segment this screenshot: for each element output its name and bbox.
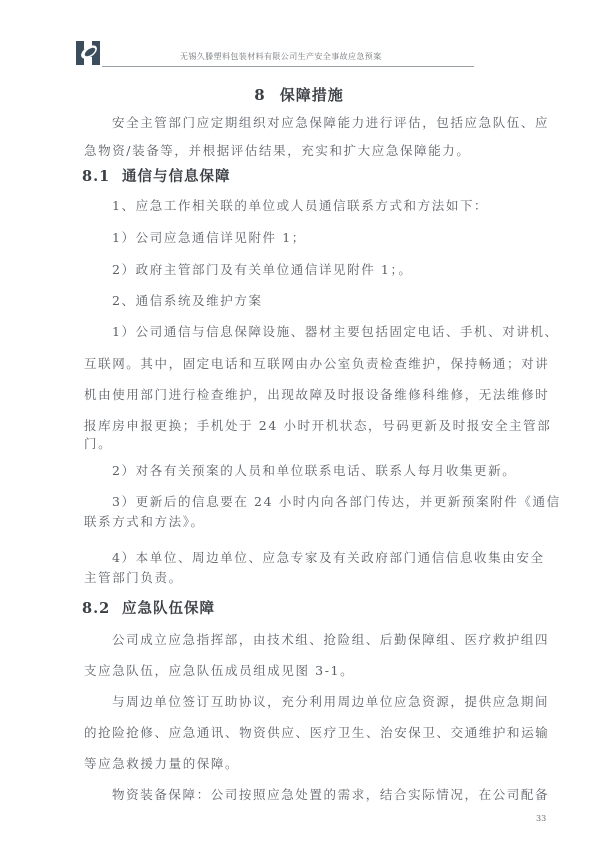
paragraph-line: 报库房申报更换；手机处于 24 小时开机状态，号码更新及时报安全主管部	[84, 416, 551, 434]
paragraph-line: 互联网。其中，固定电话和互联网由办公室负责检查维护，保持畅通；对讲	[84, 354, 549, 372]
paragraph-line: 机由使用部门进行检查维护，出现故障及时报设备维修科维修，无法维修时	[84, 385, 549, 403]
paragraph-line: 的抢险抢修、应急通讯、物资供应、医疗卫生、治安保卫、交通维护和运输	[84, 723, 549, 741]
paragraph-line: 与周边单位签订互助协议，充分利用周边单位应急资源，提供应急期间	[112, 692, 549, 710]
section-number: 8.1	[82, 168, 122, 185]
paragraph-line: 主管部门负责。	[84, 568, 183, 586]
section-title: 通信与信息保障	[122, 168, 231, 185]
header-logo	[76, 41, 100, 65]
section-title: 应急队伍保障	[122, 600, 215, 617]
paragraph-line: 等应急救援力量的保障。	[84, 754, 239, 772]
paragraph-line: 公司成立应急指挥部，由技术组、抢险组、后勤保障组、医疗救护组四	[112, 630, 549, 648]
paragraph-line: 1）公司通信与信息保障设施、器材主要包括固定电话、手机、对讲机、	[112, 322, 559, 340]
section-heading-8-1: 8.1通信与信息保障	[82, 165, 231, 186]
chapter-title-text: 保障措施	[280, 86, 344, 104]
paragraph-line: 2）政府主管部门及有关单位通信详见附件 1；。	[112, 260, 412, 278]
section-heading-8-2: 8.2应急队伍保障	[82, 597, 215, 618]
paragraph-line: 4）本单位、周边单位、应急专家及有关政府部门通信信息收集由安全	[112, 548, 545, 566]
chapter-number: 8	[254, 86, 265, 104]
section-number: 8.2	[82, 600, 122, 617]
header-divider	[102, 66, 474, 67]
paragraph-line: 3）更新后的信息要在 24 小时内向各部门传达，并更新预案附件《通信	[112, 492, 561, 510]
page-number: 33	[536, 814, 546, 823]
paragraph-line: 1、应急工作相关联的单位或人员通信联系方式和方法如下：	[112, 196, 488, 214]
paragraph-line: 联系方式和方法》。	[84, 512, 205, 530]
paragraph-line: 物资装备保障：公司按照应急处置的需求，结合实际情况，在公司配备	[112, 785, 549, 803]
paragraph-line: 支应急队伍，应急队伍成员组成见图 3-1。	[84, 661, 354, 679]
intro-line: 急物资/装备等，并根据评估结果，充实和扩大应急保障能力。	[84, 141, 471, 159]
chapter-title: 8保障措施	[0, 84, 598, 105]
paragraph-line: 门。	[84, 434, 112, 452]
header-title: 无锡久滕塑料包装材料有限公司生产安全事故应急预案	[180, 51, 440, 62]
paragraph-line: 1）公司应急通信详见附件 1；	[112, 228, 306, 246]
intro-line: 安全主管部门应定期组织对应急保障能力进行评估，包括应急队伍、应	[112, 113, 549, 131]
paragraph-line: 2、通信系统及维护方案	[112, 291, 263, 309]
paragraph-line: 2）对各有关预案的人员和单位联系电话、联系人每月收集更新。	[112, 461, 516, 479]
